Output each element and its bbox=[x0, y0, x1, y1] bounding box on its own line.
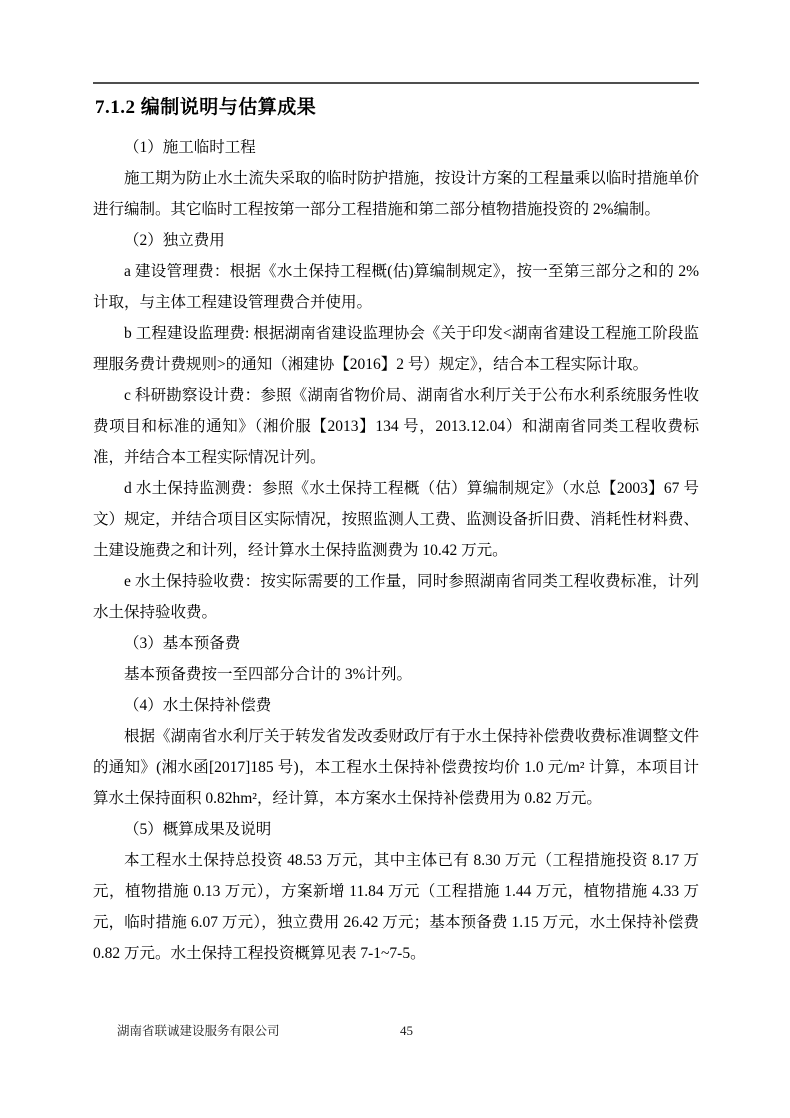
paragraph: 根据《湖南省水利厅关于转发省发改委财政厅有于水土保持补偿费收费标准调整文件的通知… bbox=[93, 721, 699, 814]
document-body: （1）施工临时工程施工期为防止水土流失采取的临时防护措施，按设计方案的工程量乘以… bbox=[93, 132, 699, 969]
paragraph: （2）独立费用 bbox=[93, 225, 699, 256]
paragraph: （1）施工临时工程 bbox=[93, 132, 699, 163]
paragraph: 基本预备费按一至四部分合计的 3%计列。 bbox=[93, 659, 699, 690]
paragraph: d 水土保持监测费：参照《水土保持工程概（估）算编制规定》（水总【2003】67… bbox=[93, 473, 699, 566]
header-rule bbox=[93, 82, 699, 84]
paragraph: 施工期为防止水土流失采取的临时防护措施，按设计方案的工程量乘以临时措施单价进行编… bbox=[93, 163, 699, 225]
paragraph: （3）基本预备费 bbox=[93, 628, 699, 659]
paragraph: 本工程水土保持总投资 48.53 万元，其中主体已有 8.30 万元（工程措施投… bbox=[93, 845, 699, 969]
footer-page-number: 45 bbox=[400, 1022, 413, 1040]
paragraph: e 水土保持验收费：按实际需要的工作量，同时参照湖南省同类工程收费标准，计列水土… bbox=[93, 566, 699, 628]
section-heading: 7.1.2 编制说明与估算成果 bbox=[93, 92, 699, 122]
document-page: 7.1.2 编制说明与估算成果 （1）施工临时工程施工期为防止水土流失采取的临时… bbox=[0, 0, 790, 1118]
paragraph: （5）概算成果及说明 bbox=[93, 814, 699, 845]
paragraph: （4）水土保持补偿费 bbox=[93, 690, 699, 721]
paragraph: b 工程建设监理费: 根据湖南省建设监理协会《关于印发<湖南省建设工程施工阶段监… bbox=[93, 318, 699, 380]
paragraph: a 建设管理费：根据《水土保持工程概(估)算编制规定》，按一至第三部分之和的 2… bbox=[93, 256, 699, 318]
footer-company-name: 湖南省联诚建设服务有限公司 bbox=[117, 1022, 280, 1040]
document-content: 7.1.2 编制说明与估算成果 （1）施工临时工程施工期为防止水土流失采取的临时… bbox=[93, 82, 699, 969]
paragraph: c 科研勘察设计费：参照《湖南省物价局、湖南省水利厅关于公布水利系统服务性收费项… bbox=[93, 380, 699, 473]
